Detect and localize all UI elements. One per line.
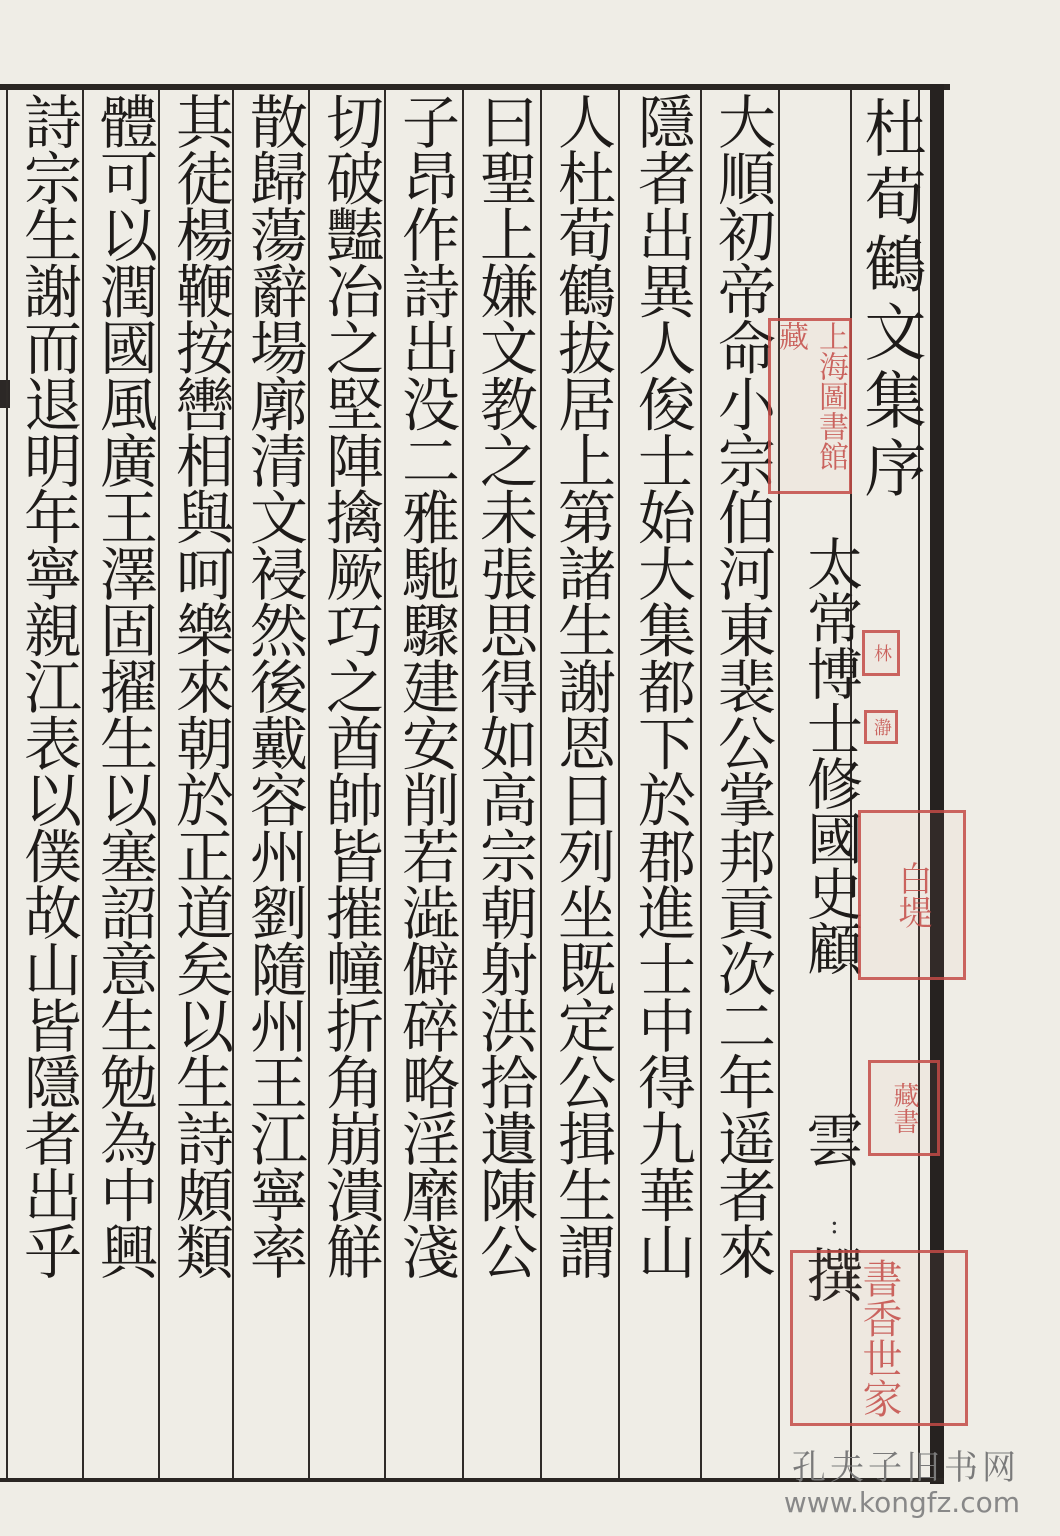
collector-seal-square: 書香世家 — [790, 1250, 968, 1426]
watermark-site-name: 孔夫子旧书网 — [792, 1440, 1020, 1489]
watermark-url: www.kongfz.com — [784, 1486, 1020, 1519]
author-separator: : — [830, 1210, 845, 1240]
text-column-6: 切破豔冶之堅陣擒厥巧之酋帥皆摧幢折角崩潰觧 — [312, 92, 388, 1279]
collector-seal-medium: 藏書 — [868, 1060, 940, 1156]
margin-fold-mark — [0, 380, 10, 408]
column-rule — [700, 90, 702, 1478]
author-name: 雲 — [792, 1110, 868, 1168]
text-column-8: 其徒楊鞭按轡相與呵樂來朝於正道矣以生詩頗類 — [162, 92, 238, 1279]
page-title: 杜荀鶴文集序 — [852, 96, 928, 504]
book-page: 杜荀鶴文集序 太常博士修國史顧 雲 : 撰 大順初帝命小宗伯河東裴公掌邦貢次二年… — [0, 0, 1060, 1536]
text-column-5: 子昂作詩出没二雅馳驟建安削若澁僻碎略淫靡淺 — [388, 92, 464, 1279]
collector-seal-small: 瀞 — [864, 710, 898, 744]
collector-seal-small: 林 — [862, 630, 900, 676]
library-seal: 上海圖書館藏 — [768, 318, 852, 494]
author-line: 太常博士修國史顧 — [792, 535, 868, 975]
text-column-4: 曰聖上嫌文教之未張思得如高宗朝射洪拾遺陳公 — [466, 92, 542, 1279]
frame-top-border — [0, 84, 950, 90]
text-column-1: 大順初帝命小宗伯河東裴公掌邦貢次二年遥者來 — [704, 92, 780, 1279]
text-column-7: 散歸蕩辭場廓清文祲然後戴容州劉隨州王江寧率 — [236, 92, 312, 1279]
text-column-2: 隱者出異人俊士始大集都下於郡進士中得九華山 — [624, 92, 700, 1279]
text-column-9: 體可以潤國風廣王澤固擢生以塞詔意生勉為中興 — [86, 92, 162, 1279]
collector-seal-large: 白堤 — [858, 810, 966, 980]
column-rule — [6, 90, 8, 1478]
text-column-10: 詩宗生謝而退明年寧親江表以僕故山皆隱者出乎 — [10, 92, 86, 1279]
text-column-3: 人杜荀鶴拔居上第諸生謝恩日列坐既定公揖生謂 — [544, 92, 620, 1279]
